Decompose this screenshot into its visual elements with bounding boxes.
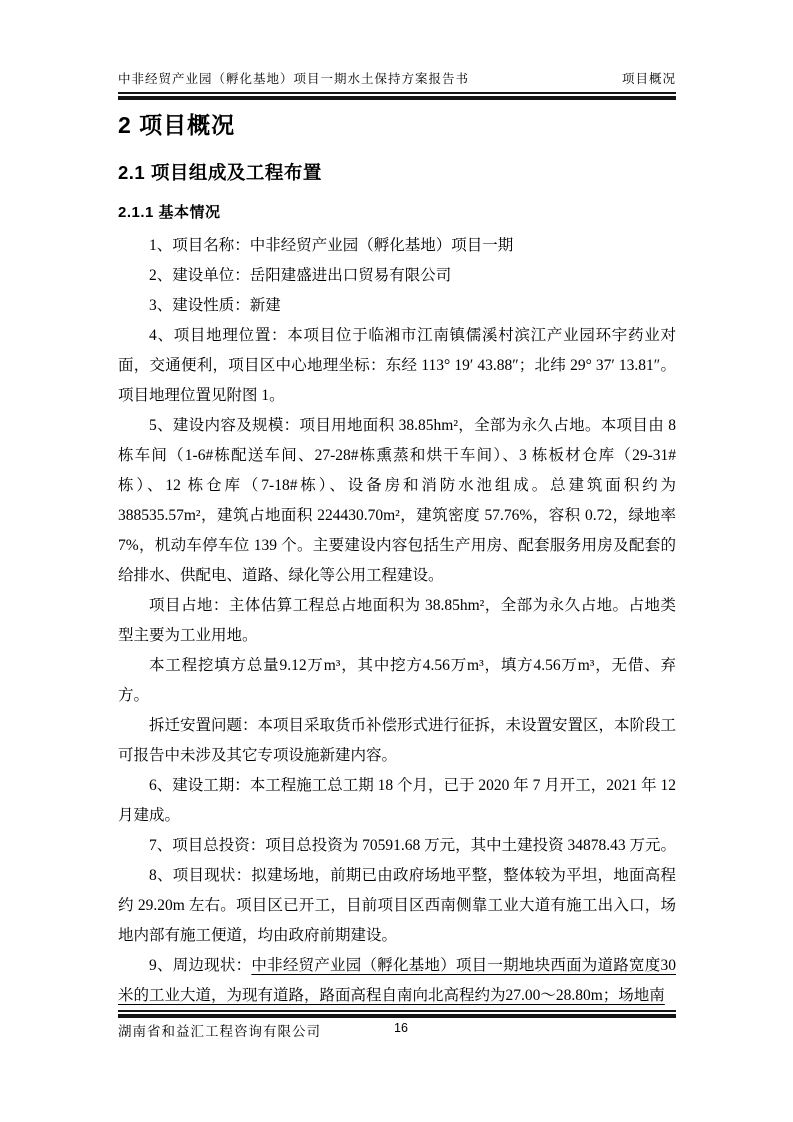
header-section-label: 项目概况: [622, 69, 676, 87]
page-footer: 湖南省和益汇工程咨询有限公司 16: [118, 1020, 676, 1040]
footer-page-number: 16: [394, 1021, 408, 1035]
footer-rule-thick-line: [118, 1014, 676, 1018]
document-page: 中非经贸产业园（孵化基地）项目一期水土保持方案报告书 项目概况 2 项目概况 2…: [0, 0, 793, 1122]
paragraph-relocation: 拆迁安置问题：本项目采取货币补偿形式进行征拆，未设置安置区，本阶段工可报告中未涉…: [118, 711, 676, 771]
footer-rule: [118, 1010, 676, 1018]
paragraph-total-investment: 7、项目总投资：项目总投资为 70591.68 万元，其中土建投资 34878.…: [118, 831, 676, 861]
paragraph-land-occupation: 项目占地：主体估算工程总占地面积为 38.85hm²，全部为永久占地。占地类型主…: [118, 591, 676, 651]
paragraph-construction-unit: 2、建设单位：岳阳建盛进出口贸易有限公司: [118, 261, 676, 291]
document-body: 2 项目概况 2.1 项目组成及工程布置 2.1.1 基本情况 1、项目名称：中…: [118, 101, 676, 1011]
surroundings-label: 9、周边现状：: [149, 957, 251, 974]
footer-company-name: 湖南省和益汇工程咨询有限公司: [118, 1020, 321, 1040]
header-rule: [118, 92, 676, 100]
paragraph-surroundings: 9、周边现状：中非经贸产业园（孵化基地）项目一期地块西面为道路宽度30米的工业大…: [118, 951, 676, 1011]
paragraph-earthwork: 本工程挖填方总量9.12万m³，其中挖方4.56万m³，填方4.56万m³，无借…: [118, 651, 676, 711]
header-rule-thick-line: [118, 96, 676, 100]
paragraph-construction-scale: 5、建设内容及规模：项目用地面积 38.85hm²，全部为永久占地。本项目由 8…: [118, 411, 676, 591]
paragraph-project-status: 8、项目现状：拟建场地，前期已由政府场地平整，整体较为平坦，地面高程约 29.2…: [118, 861, 676, 951]
paragraph-construction-nature: 3、建设性质：新建: [118, 291, 676, 321]
chapter-heading: 2 项目概况: [118, 111, 676, 141]
section-heading: 2.1 项目组成及工程布置: [118, 161, 676, 185]
page-header: 中非经贸产业园（孵化基地）项目一期水土保持方案报告书 项目概况: [118, 69, 676, 87]
paragraph-construction-period: 6、建设工期：本工程施工总工期 18 个月，已于 2020 年 7 月开工，20…: [118, 771, 676, 831]
subsection-heading: 2.1.1 基本情况: [118, 202, 676, 223]
header-doc-title: 中非经贸产业园（孵化基地）项目一期水土保持方案报告书: [118, 69, 469, 87]
paragraph-project-name: 1、项目名称：中非经贸产业园（孵化基地）项目一期: [118, 231, 676, 261]
paragraph-geographic-location: 4、项目地理位置：本项目位于临湘市江南镇儒溪村滨江产业园环宇药业对面，交通便利，…: [118, 321, 676, 411]
